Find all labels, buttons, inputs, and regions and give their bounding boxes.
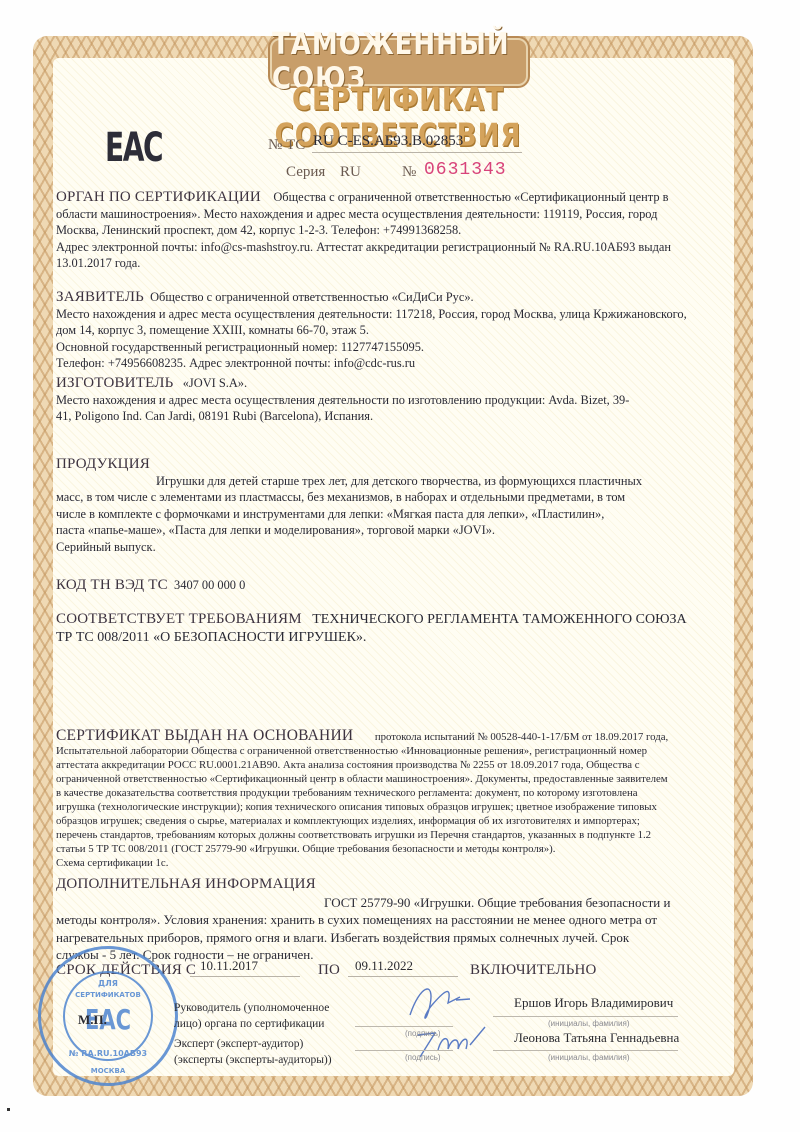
basis-heading: СЕРТИФИКАТ ВЫДАН НА ОСНОВАНИИ — [56, 727, 353, 744]
text-line: игрушка (технологические инструкции); ко… — [56, 800, 716, 814]
series-value: RU — [340, 164, 361, 181]
additional-info-heading: ДОПОЛНИТЕЛЬНАЯ ИНФОРМАЦИЯ — [56, 876, 716, 894]
compliance-section: СООТВЕТСТВУЕТ ТРЕБОВАНИЯМ ТЕХНИЧЕСКОГО Р… — [56, 610, 716, 647]
basis-section: СЕРТИФИКАТ ВЫДАН НА ОСНОВАНИИ протокола … — [56, 729, 716, 870]
expert-name-caption: (инициалы, фамилия) — [548, 1053, 630, 1062]
text-line: паста «папье-маше», «Паста для лепки и м… — [56, 522, 716, 539]
series-label: Серия — [286, 164, 325, 181]
text-line: числе в комплекте с формочками и инструм… — [56, 506, 716, 523]
text-line: Общество с ограниченной ответственностью… — [150, 290, 474, 304]
head-name-line — [493, 1016, 678, 1017]
text-line: нагревательных приборов, прямого огня и … — [56, 929, 716, 947]
expert-name: Леонова Татьяна Геннадьевна — [514, 1030, 679, 1046]
stamp-place-mark: М.П. — [78, 1012, 107, 1028]
text-line: Телефон: +74956608235. Адрес электронной… — [56, 355, 716, 372]
text-line: 41, Poligono Ind. Can Jardi, 08191 Rubi … — [56, 408, 716, 425]
head-name: Ершов Игорь Владимирович — [514, 995, 673, 1011]
expert-name-line — [493, 1050, 678, 1051]
certification-body-section: ОРГАН ПО СЕРТИФИКАЦИИ Общества с огранич… — [56, 189, 716, 272]
tn-ved-heading: КОД ТН ВЭД ТС — [56, 577, 168, 593]
scan-artifact — [7, 1108, 10, 1111]
serial-number: 0631343 — [424, 160, 507, 180]
text-line: Испытательной лаборатории Общества с огр… — [56, 744, 716, 758]
compliance-heading: СООТВЕТСТВУЕТ ТРЕБОВАНИЯМ — [56, 611, 302, 627]
eac-logo-icon: ЕАС — [105, 125, 162, 171]
tc-number: RU C-ES.АБ93.В.02853 — [313, 133, 463, 150]
text-line: в качестве доказательства соответствия п… — [56, 786, 716, 800]
validity-to-date: 09.11.2022 — [355, 958, 413, 974]
text-line: статьи 5 ТР ТС 008/2011 (ГОСТ 25779-90 «… — [56, 842, 716, 856]
additional-info-section: ДОПОЛНИТЕЛЬНАЯ ИНФОРМАЦИЯ ГОСТ 25779-90 … — [56, 876, 716, 964]
stamp-text: СЕРТИФИКАТОВ — [41, 991, 175, 999]
text-line: ограниченной ответственностью «Сертифика… — [56, 772, 716, 786]
text-line: Игрушки для детей старше трех лет, для д… — [56, 473, 716, 490]
text-line: Основной государственный регистрационный… — [56, 339, 716, 356]
text-line: Адрес электронной почты: info@cs-mashstr… — [56, 239, 716, 256]
text-line: области машиностроения». Место нахождени… — [56, 206, 716, 223]
certification-stamp: ДЛЯ СЕРТИФИКАТОВ ЕАС № RA.RU.10АБ93 МОСК… — [38, 946, 178, 1086]
stamp-text: ДЛЯ — [41, 979, 175, 988]
text-line: дом 14, корпус 3, помещение XXIII, комна… — [56, 322, 716, 339]
expert-role: Эксперт (эксперт-аудитор) (эксперты (экс… — [174, 1036, 332, 1068]
manufacturer-heading: ИЗГОТОВИТЕЛЬ — [56, 375, 173, 391]
validity-from-date: 10.11.2017 — [200, 958, 258, 974]
certification-body-heading: ОРГАН ПО СЕРТИФИКАЦИИ — [56, 189, 261, 205]
customs-union-banner: ТАМОЖЕННЫЙ СОЮЗ — [270, 38, 528, 86]
text-line: «JOVI S.A». — [183, 376, 247, 390]
text-line: образцов игрушек; сведения о сырье, мате… — [56, 814, 716, 828]
text-line: протокола испытаний № 00528-440-1-17/БМ … — [375, 731, 668, 743]
regulation-line: ТЕХНИЧЕСКОГО РЕГЛАМЕНТА ТАМОЖЕННОГО СОЮЗ… — [312, 612, 686, 627]
head-name-caption: (инициалы, фамилия) — [548, 1019, 630, 1028]
text-line: Место нахождения и адрес места осуществл… — [56, 392, 716, 409]
text-line: (эксперты (эксперты-аудиторы)) — [174, 1052, 332, 1068]
expert-signature-line — [355, 1050, 453, 1051]
text-line: лицо) органа по сертификации — [174, 1016, 329, 1032]
manufacturer-section: ИЗГОТОВИТЕЛЬ «JOVI S.A». Место нахождени… — [56, 375, 716, 425]
signature-icon — [390, 975, 490, 1065]
text-line: методы контроля». Условия хранения: хран… — [56, 911, 716, 929]
tn-ved-code: 3407 00 000 0 — [174, 578, 245, 592]
applicant-heading: ЗАЯВИТЕЛЬ — [56, 289, 144, 305]
head-role: Руководитель (уполномоченное лицо) орган… — [174, 1000, 329, 1032]
text-line: масс, в том числе с элементами из пластм… — [56, 489, 716, 506]
text-line: Общества с ограниченной ответственностью… — [273, 190, 668, 204]
tn-ved-section: КОД ТН ВЭД ТС 3407 00 000 0 — [56, 577, 716, 594]
product-section: ПРОДУКЦИЯ Игрушки для детей старше трех … — [56, 456, 716, 555]
serial-label: № — [402, 164, 416, 181]
text-line: Схема сертификации 1с. — [56, 856, 716, 870]
text-line: Эксперт (эксперт-аудитор) — [174, 1036, 332, 1052]
stamp-text: № RA.RU.10АБ93 — [41, 1049, 175, 1058]
tc-label: № ТС — [268, 137, 305, 154]
regulation-line: ТР ТС 008/2011 «О БЕЗОПАСНОСТИ ИГРУШЕК». — [56, 629, 716, 647]
text-line: ГОСТ 25779-90 «Игрушки. Общие требования… — [56, 894, 716, 912]
text-line: Руководитель (уполномоченное — [174, 1000, 329, 1016]
head-signature-line — [355, 1026, 453, 1027]
applicant-section: ЗАЯВИТЕЛЬ Общество с ограниченной ответс… — [56, 289, 716, 372]
text-line: аттестата аккредитации РОСС RU.0001.21АВ… — [56, 758, 716, 772]
tc-underline — [312, 152, 522, 153]
validity-to-label: ПО — [318, 962, 340, 979]
text-line: Серийный выпуск. — [56, 539, 716, 556]
expert-signature-caption: (подпись) — [405, 1053, 441, 1062]
text-line: 13.01.2017 года. — [56, 255, 716, 272]
stamp-eac-logo-icon: ЕАС — [58, 1003, 159, 1036]
head-signature-caption: (подпись) — [405, 1029, 441, 1038]
product-heading: ПРОДУКЦИЯ — [56, 456, 716, 473]
text-line: Место нахождения и адрес места осуществл… — [56, 306, 716, 323]
from-date-underline — [190, 976, 300, 977]
text-line: Москва, Ленинский проспект, дом 42, корп… — [56, 222, 716, 239]
stamp-text: МОСКВА — [41, 1067, 175, 1075]
text-line: перечень стандартов, требованиям которых… — [56, 828, 716, 842]
